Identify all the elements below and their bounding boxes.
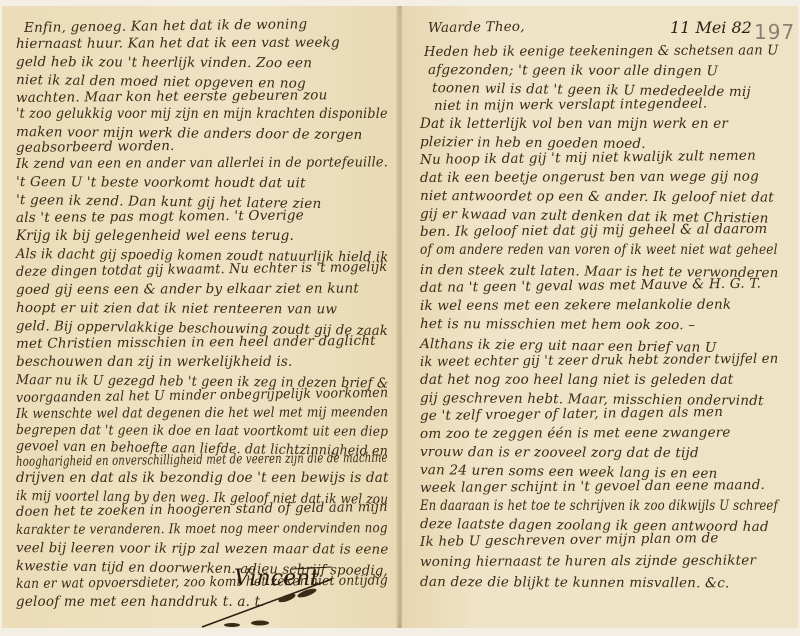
- handwritten-line: goed gij eens een & ander by elkaar ziet…: [16, 281, 359, 298]
- left-page: Enfin, genoeg. Kan het dat ik de woningh…: [2, 6, 398, 628]
- handwritten-line: het is nu misschien met hem ook zoo. –: [420, 316, 695, 333]
- handwritten-line: En daaraan is het toe te schrijven ik zo…: [420, 498, 778, 514]
- handwritten-line: ik weet echter gij 't zeer druk hebt zon…: [420, 351, 779, 370]
- handwritten-line: hoopt er uit zien dat ik niet renteeren …: [16, 300, 337, 317]
- handwritten-line: beschouwen dan zij in werkelijkheid is.: [16, 354, 293, 370]
- handwritten-line: Dat ik letterlijk vol ben van mijn werk …: [420, 116, 728, 132]
- handwritten-line: dat het nog zoo heel lang niet is gelede…: [420, 372, 733, 388]
- handwritten-line: 't zoo gelukkig voor mij zijn en mijn kr…: [16, 106, 388, 122]
- handwritten-line: Ik wenschte wel dat degenen die het wel …: [16, 404, 388, 422]
- handwritten-line: om zoo te zeggen één is met eene zwanger…: [420, 425, 731, 442]
- letter-sheet: Enfin, genoeg. Kan het dat ik de woningh…: [2, 6, 798, 628]
- handwritten-line: Ik zend van een en ander van allerlei in…: [16, 154, 388, 172]
- handwritten-line: Krijg ik bij gelegenheid wel eens terug.: [16, 228, 294, 244]
- handwritten-line: Ik heb U geschreven over mijn plan om de: [420, 530, 719, 550]
- handwritten-line: Enfin, genoeg. Kan het dat ik de woning: [24, 16, 307, 36]
- handwritten-line: vrouw dan is er zooveel zorg dat de tijd: [420, 444, 699, 461]
- handwritten-line: woning hiernaast te huren als zijnde ges…: [420, 553, 756, 570]
- handwritten-line: met Christien misschien in een heel ande…: [16, 333, 376, 352]
- handwritten-line: dat ik een beetje ongerust ben van wege …: [420, 169, 759, 186]
- letter-date: 11 Mei 82: [670, 18, 752, 37]
- handwritten-line: of om andere reden van voren of ik weet …: [420, 242, 778, 258]
- handwritten-line: week langer schijnt in 't gevoel dan een…: [420, 477, 765, 496]
- handwritten-line: dan deze die blijkt te kunnen misvallen.…: [420, 574, 730, 591]
- handwritten-line: drijven en dat als ik bezondig doe 't ee…: [16, 470, 389, 486]
- handwritten-line: 't Geen U 't beste voorkomt houdt dat ui…: [16, 174, 306, 191]
- handwritten-line: hiernaast huur. Kan het dat ik een vast …: [16, 35, 340, 52]
- handwritten-line: Heden heb ik eenige teekeningen & schets…: [424, 42, 779, 60]
- handwritten-line: wachten. Maar kon het eerste gebeuren zo…: [16, 87, 328, 106]
- page-number: 197: [754, 20, 795, 44]
- handwritten-line: veel bij leeren voor ik rijp zal wezen m…: [16, 540, 389, 558]
- handwritten-line: dat na 't geen 't geval was met Mauve & …: [420, 276, 761, 296]
- handwritten-line: ben. Ik geloof niet dat gij mij geheel &…: [420, 221, 768, 240]
- handwritten-line: niet in mijn werk verslapt integendeel.: [434, 96, 707, 114]
- right-page: 11 Mei 82 197 Waarde Theo,Heden heb ik e…: [402, 6, 798, 628]
- handwritten-line: karakter te veranderen. Ik moet nog meer…: [16, 520, 388, 538]
- signature-flourish-icon: [192, 561, 352, 631]
- handwritten-line: geabsorbeerd worden.: [16, 138, 175, 156]
- handwritten-line: hoogharigheid en onverschilligheid met d…: [16, 450, 388, 470]
- handwritten-line: als 't eens te pas mogt komen. 't Overig…: [16, 207, 304, 226]
- handwritten-line: ik wel eens met een zekere melankolie de…: [420, 297, 731, 314]
- handwritten-line: begrepen dat 't geen ik doe en laat voor…: [16, 422, 388, 440]
- handwritten-line: ge 't zelf vroeger of later, in dagen al…: [420, 404, 723, 424]
- handwritten-line: Nu hoop ik dat gij 't mij niet kwalijk z…: [420, 148, 756, 168]
- handwritten-line: geld heb ik zou 't heerlijk vinden. Zoo …: [16, 54, 312, 71]
- handwritten-line: Waarde Theo,: [428, 19, 525, 36]
- handwritten-line: niet antwoordet op een & ander. Ik geloo…: [420, 188, 774, 206]
- handwritten-line: afgezonden; 't geen ik voor alle dingen …: [428, 62, 718, 79]
